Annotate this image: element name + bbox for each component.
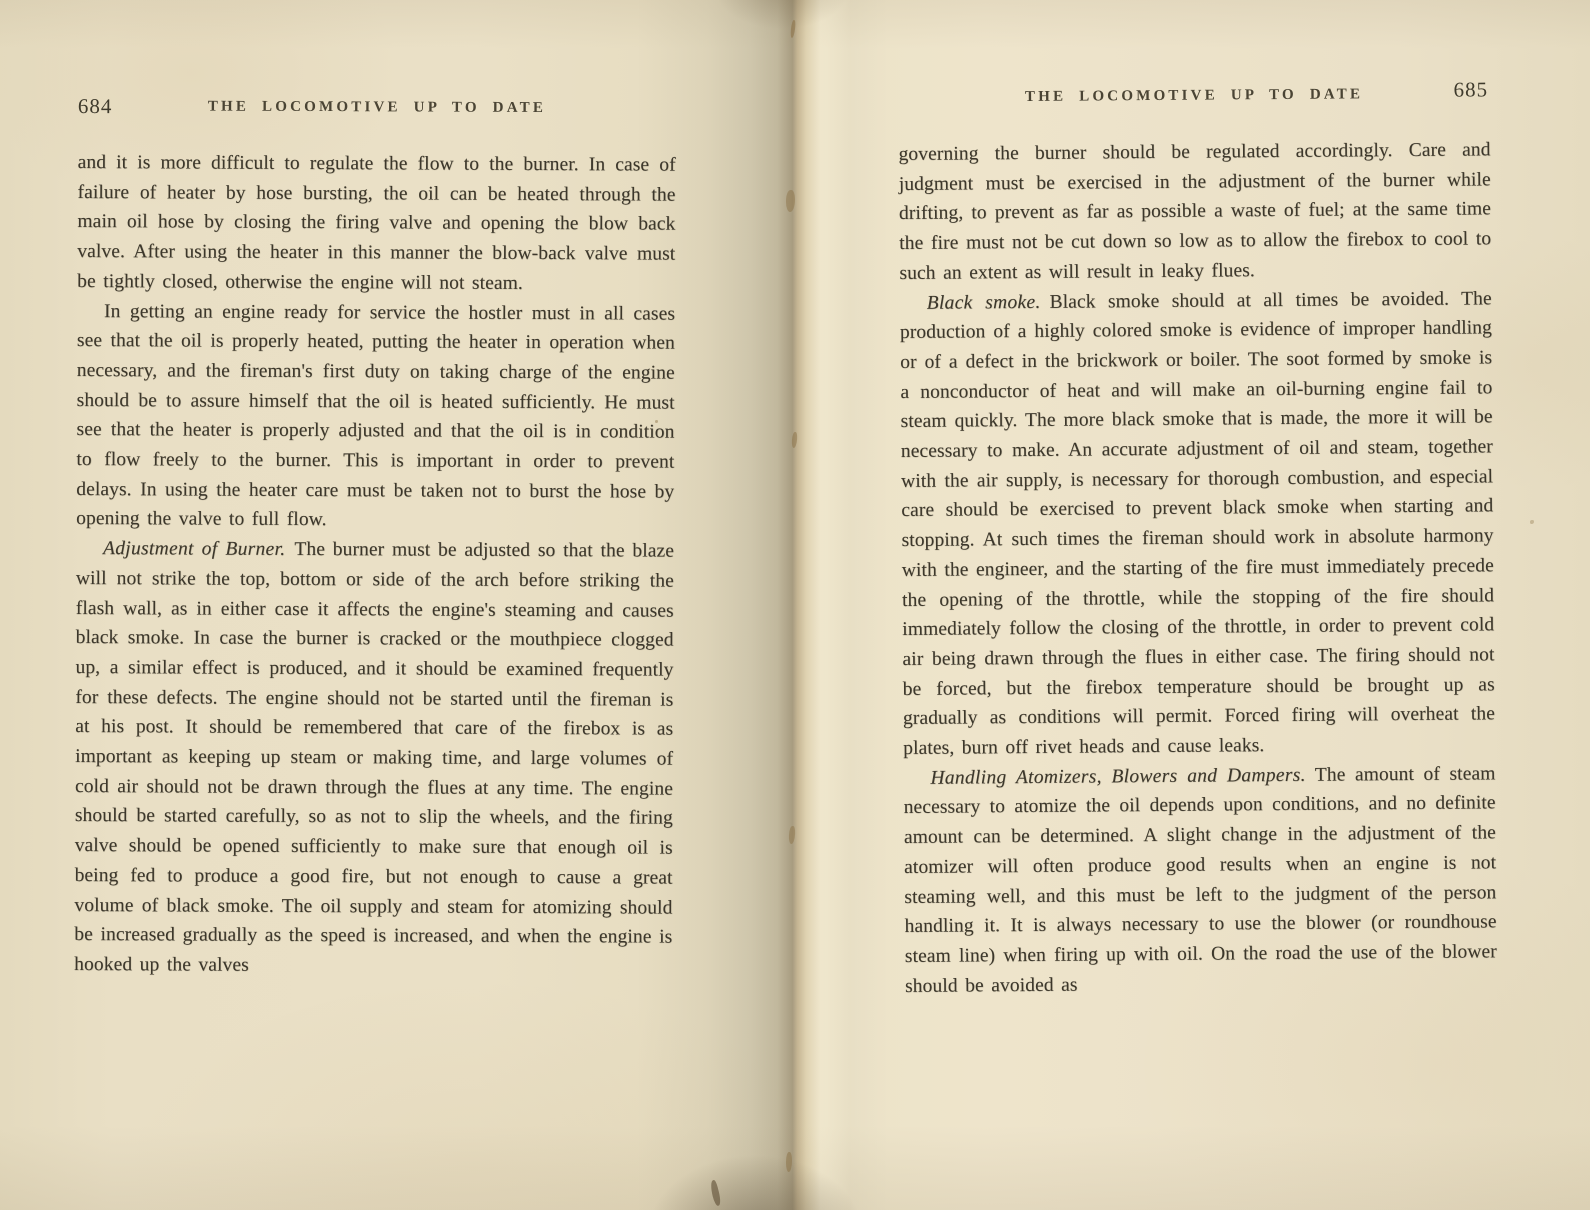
paragraph: In getting an engine ready for service t…: [76, 297, 675, 537]
section-heading-black-smoke: Black smoke.: [927, 291, 1041, 313]
running-title-left: THE LOCOMOTIVE UP TO DATE: [78, 98, 676, 118]
paragraph-text: governing the burner should be regulated…: [898, 139, 1491, 283]
paragraph-text: In getting an engine ready for service t…: [76, 301, 675, 531]
paragraph-text: The amount of steam necessary to atomize…: [904, 763, 1497, 997]
running-head-right: THE LOCOMOTIVE UP TO DATE 685: [898, 81, 1490, 120]
paragraph: Handling Atomizers, Blowers and Dampers.…: [903, 759, 1497, 1001]
book-spread: 684 THE LOCOMOTIVE UP TO DATE and it is …: [0, 0, 1590, 1210]
paragraph: Adjustment of Burner.The burner must be …: [74, 534, 674, 982]
page-number-685: 685: [1453, 77, 1488, 102]
paragraph-text: Black smoke should at all times be avoid…: [900, 288, 1495, 759]
running-head-left: 684 THE LOCOMOTIVE UP TO DATE: [78, 94, 676, 131]
page-684: 684 THE LOCOMOTIVE UP TO DATE and it is …: [0, 0, 780, 1210]
section-heading-adjustment-of-burner: Adjustment of Burner.: [103, 538, 286, 560]
body-text-right: governing the burner should be regulated…: [898, 135, 1497, 1001]
paragraph: governing the burner should be regulated…: [898, 135, 1491, 288]
running-title-right: THE LOCOMOTIVE UP TO DATE: [898, 85, 1490, 107]
paragraph-text: The burner must be adjusted so that the …: [74, 539, 674, 976]
body-text-left: and it is more difficult to regulate the…: [74, 148, 676, 982]
page-685: THE LOCOMOTIVE UP TO DATE 685 governing …: [792, 0, 1590, 1210]
paragraph-text: and it is more difficult to regulate the…: [77, 152, 676, 294]
paragraph: and it is more difficult to regulate the…: [77, 148, 676, 299]
paragraph: Black smoke.Black smoke should at all ti…: [900, 284, 1496, 764]
section-heading-handling-atomizers: Handling Atomizers, Blowers and Dampers.: [930, 765, 1306, 789]
